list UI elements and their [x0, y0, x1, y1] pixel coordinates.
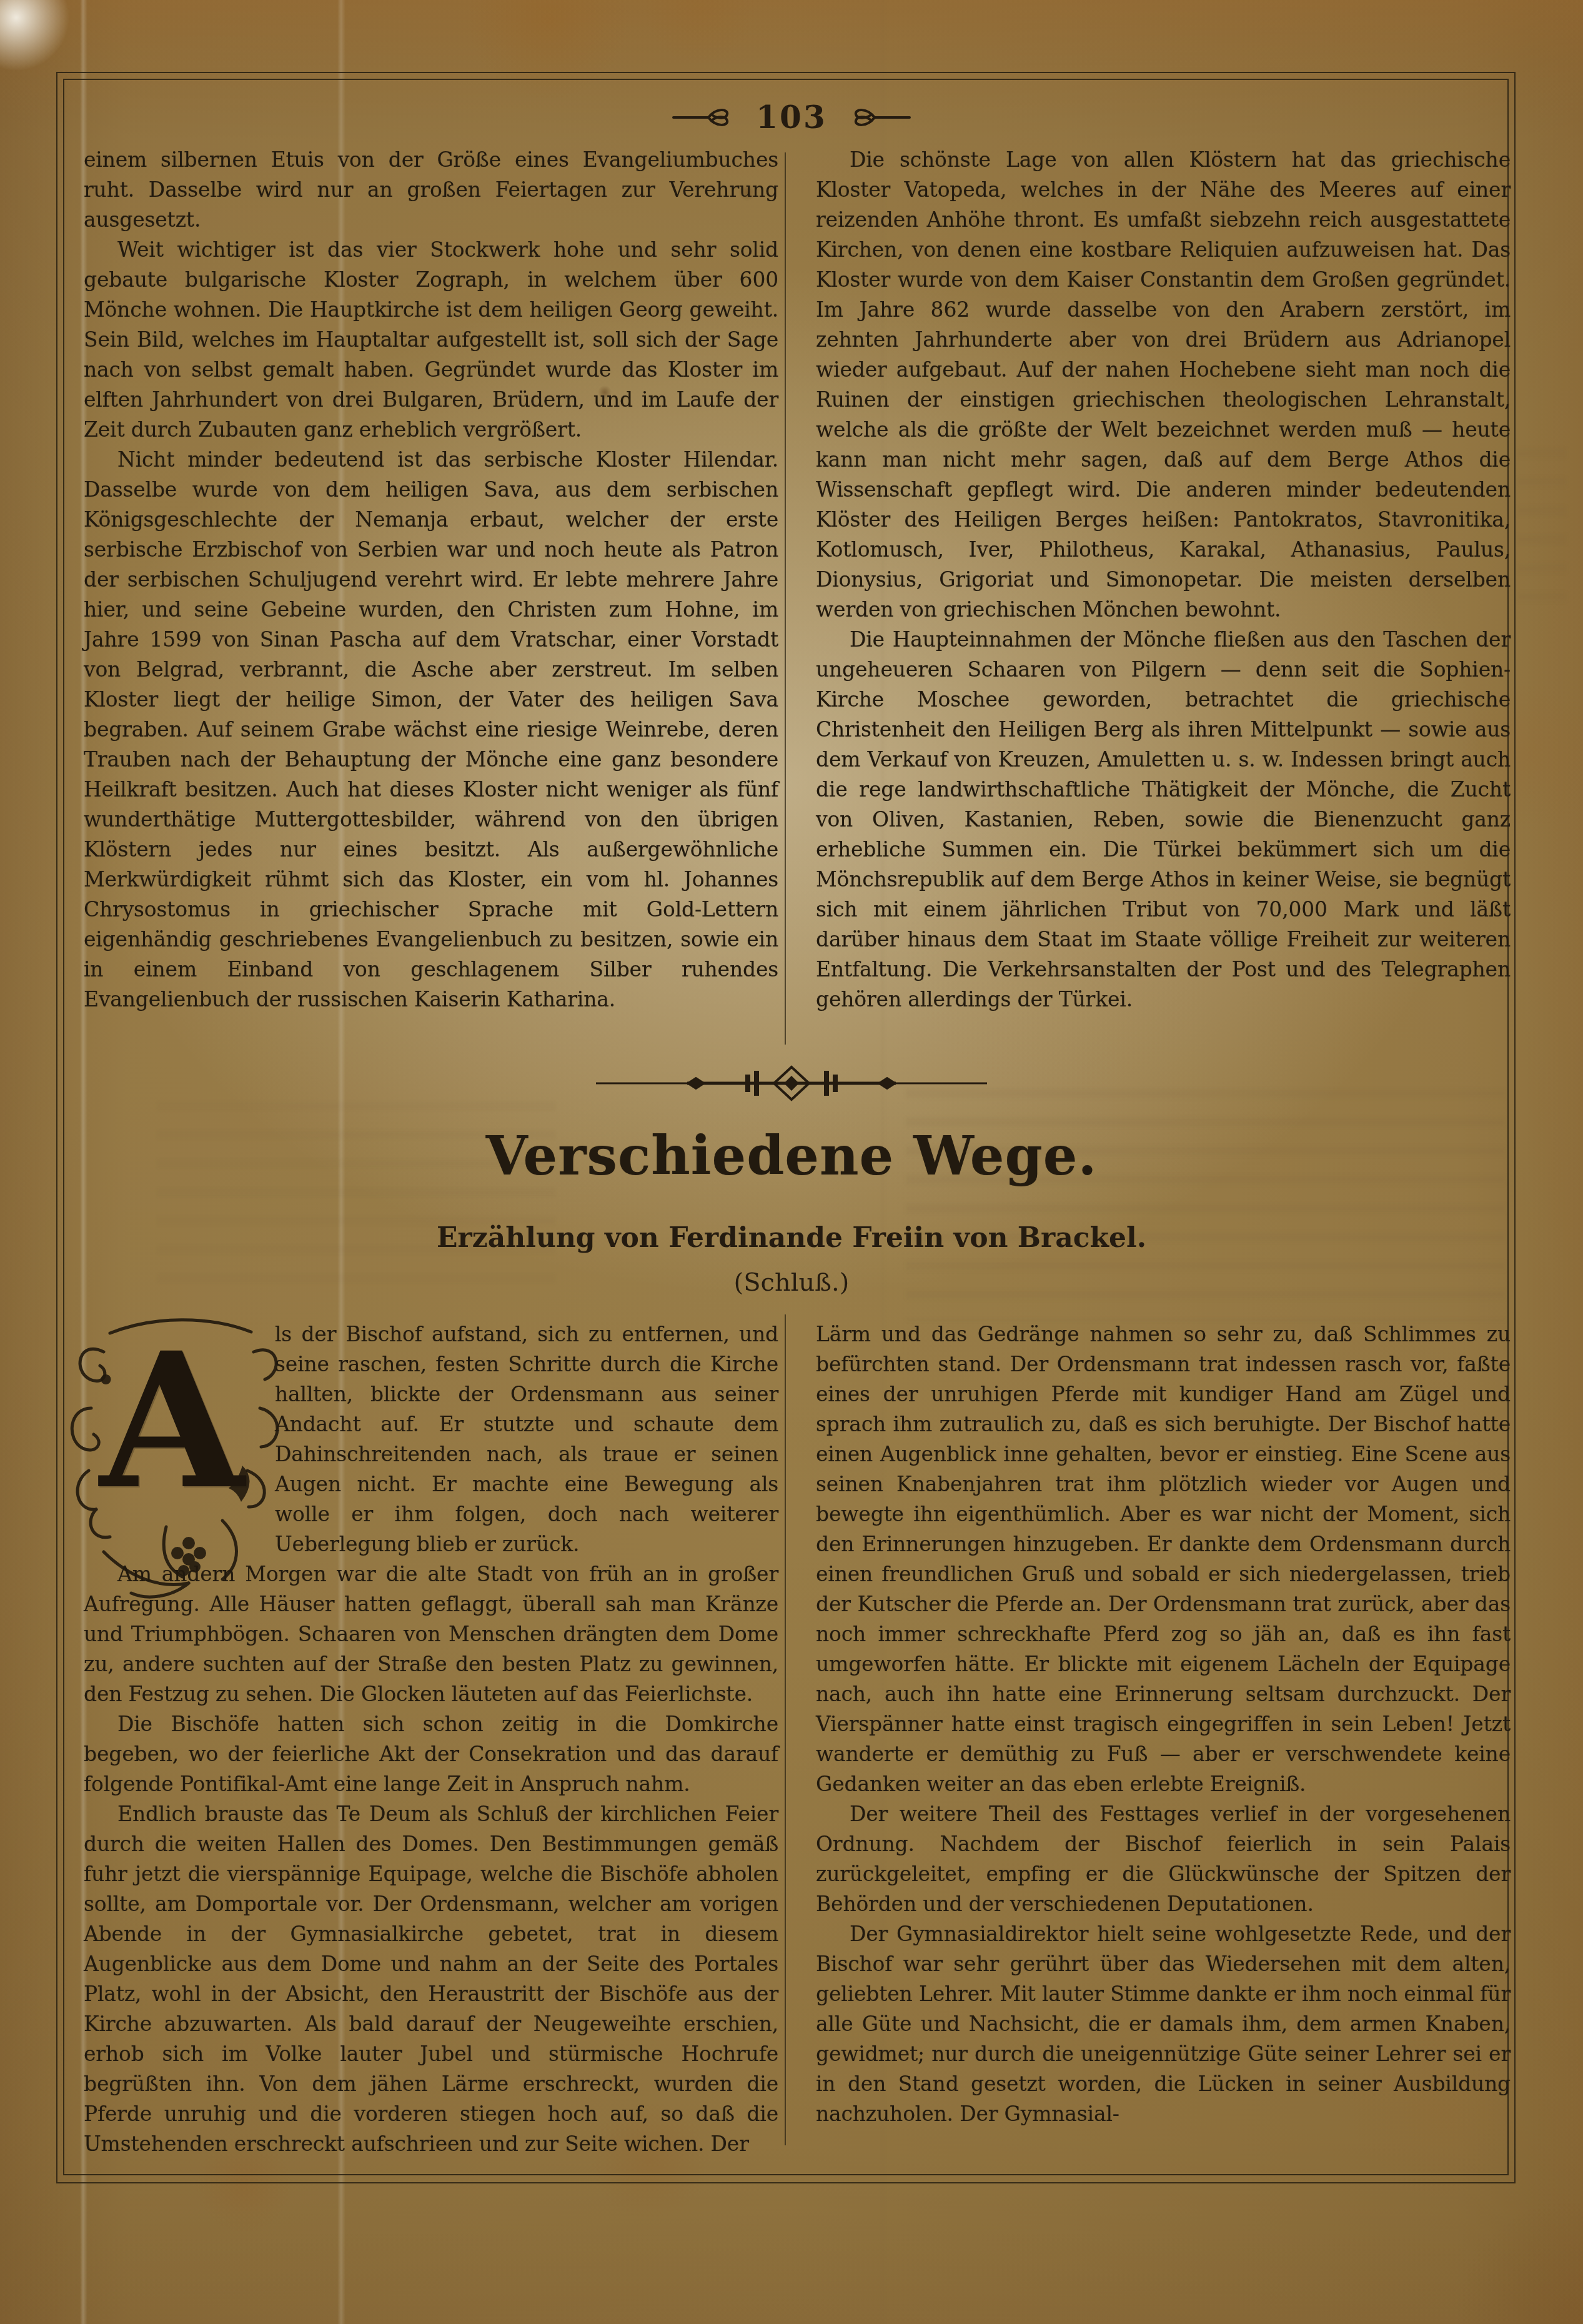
story-column-left: A ls der Bischof aufstand, sich zu entfe…: [84, 1319, 778, 2159]
diamond-rule-ornament-icon: [593, 1063, 990, 1103]
fleuron-scroll-left-icon: [672, 105, 732, 130]
column-divider-rule-story: [785, 1314, 786, 2145]
paragraph: Nicht minder bedeutend ist das serbische…: [84, 445, 778, 1015]
paragraph: Die Haupteinnahmen der Mönche fließen au…: [816, 625, 1511, 1015]
page-header: 103: [0, 99, 1583, 136]
article-column-right: Die schönste Lage von allen Klöstern hat…: [816, 145, 1511, 1015]
story-byline: Erzählung von Ferdinande Freiin von Brac…: [0, 1222, 1583, 1254]
story-title: Verschiedene Wege.: [0, 1125, 1583, 1188]
paragraph: Endlich brauste das Te Deum als Schluß d…: [84, 1799, 778, 2159]
paragraph: Die Bischöfe hatten sich schon zeitig in…: [84, 1709, 778, 1799]
drop-cap-letter: A: [99, 1328, 244, 1514]
drop-cap-block: A: [84, 1324, 260, 1536]
newspaper-page: { "page": { "number": "103" }, "icons": …: [0, 0, 1583, 2324]
story-column-right: Lärm und das Gedränge nahmen so sehr zu,…: [816, 1319, 1511, 2129]
story-part-note: (Schluß.): [0, 1268, 1583, 1297]
ink-showthrough-margin: [1517, 431, 1567, 618]
fleuron-scroll-right-icon: [851, 105, 911, 130]
paragraph: Der weitere Theil des Festtages verlief …: [816, 1799, 1511, 1919]
paragraph: Am andern Morgen war die alte Stadt von …: [84, 1559, 778, 1709]
paragraph: Der Gymnasialdirektor hielt seine wohlge…: [816, 1919, 1511, 2129]
column-divider-rule-top: [785, 152, 786, 1045]
paragraph: Weit wichtiger ist das vier Stockwerk ho…: [84, 235, 778, 445]
paragraph: einem silbernen Etuis von der Größe eine…: [84, 145, 778, 235]
paragraph: Lärm und das Gedränge nahmen so sehr zu,…: [816, 1319, 1511, 1799]
page-number: 103: [756, 99, 826, 136]
article-column-left: einem silbernen Etuis von der Größe eine…: [84, 145, 778, 1015]
paragraph: Die schönste Lage von allen Klöstern hat…: [816, 145, 1511, 625]
